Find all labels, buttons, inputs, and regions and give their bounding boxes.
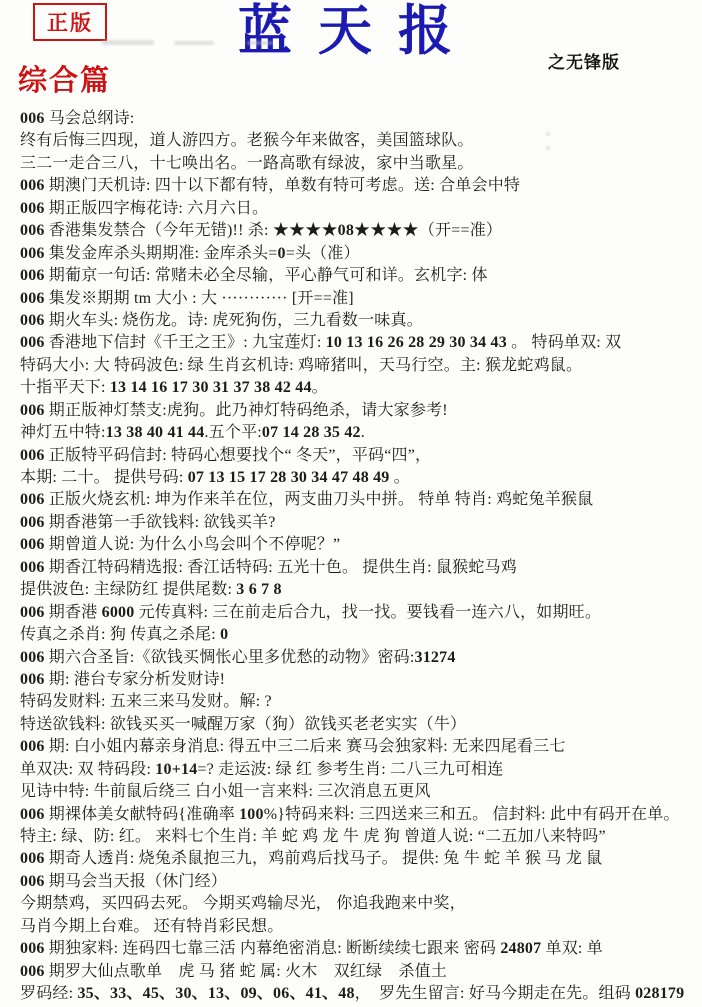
- text-line: 006 期: 白小姐内幕亲身消息: 得五中三二后来 赛马会独家料: 无来四尾看三…: [20, 736, 698, 758]
- genuine-stamp-label: 正版: [47, 7, 93, 37]
- text-line: 006 期香港 6000 元传真料: 三在前走后合九，找一找。要钱看一连六八，如…: [20, 602, 698, 624]
- text-line: 006 期正版神灯禁支:虎狗。此乃神灯特码绝杀，请大家参考!: [20, 400, 698, 422]
- section-title: 综合篇: [18, 58, 111, 99]
- text-line: 特码发财料: 五来三来马发财。解: ?: [20, 691, 698, 713]
- text-line: 特主: 绿、防: 红。 来料七个生肖: 羊 蛇 鸡 龙 牛 虎 狗 曾道人说: …: [20, 826, 698, 848]
- text-line: 006 香港集发禁合（今年无错)!! 杀: ★★★★08★★★★（开==准）: [20, 220, 698, 242]
- text-line: 006 期: 港台专家分析发财诗!: [20, 669, 698, 691]
- text-line: 006 集发※期期 tm 大小 : 大 ············ [开==准]: [20, 288, 698, 310]
- text-line: 006 集发金库杀头期期准: 金库杀头=0=头（准）: [20, 243, 698, 265]
- text-line: 006 期正版四字梅花诗: 六月六日。: [20, 198, 698, 220]
- text-line: 提供波色: 主绿防红 提供尾数: 3 6 7 8: [20, 579, 698, 601]
- content-lines: 006 马会总纲诗:终有后悔三四现，道人游四方。老猴今年来做客，美国篮球队。三二…: [20, 108, 698, 1006]
- text-line: 本期: 二十。 提供号码: 07 13 15 17 28 30 34 47 48…: [20, 467, 698, 489]
- text-line: 006 期葡京一句话: 常赌未必全尽输，平心静气可和详。玄机字: 体: [20, 265, 698, 287]
- text-line: 006 期裸体美女献特码{准确率 100%}特码来料: 三四送来三和五。 信封料…: [20, 804, 698, 826]
- text-line: 特送欲钱料: 欲钱买买一喊醒万家（狗）欲钱买老老实实（牛）: [20, 714, 698, 736]
- text-line: 006 正版特平码信封: 特码心想要找个“ 冬天”，平码“四”，: [20, 445, 698, 467]
- text-line: 006 正版火烧玄机: 坤为作来羊在位，两支曲刀头中拼。 特单 特肖: 鸡蛇兔羊…: [20, 489, 698, 511]
- newspaper-page: 正版 蓝天报 之无锋版 综合篇 006 马会总纲诗:终有后悔三四现，道人游四方。…: [0, 0, 702, 1007]
- text-line: 见诗中特: 牛前鼠后绕三 白小姐一言来料: 三次消息五更风: [20, 781, 698, 803]
- text-line: 传真之杀肖: 狗 传真之杀尾: 0: [20, 624, 698, 646]
- text-line: 单双决: 双 特码段: 10+14=? 走运波: 绿 红 参考生肖: 二八三九可…: [20, 759, 698, 781]
- text-line: 006 期香港第一手欲钱料: 欲钱买羊?: [20, 512, 698, 534]
- text-line: 今期禁鸡，买四码去死。 今期买鸡输尽光， 你追我跑来中奖，: [20, 893, 698, 915]
- scan-artifact: [174, 41, 214, 45]
- scan-artifact: [102, 40, 154, 45]
- text-line: 006 香港地下信封《千王之王》: 九宝莲灯: 10 13 16 26 28 2…: [20, 332, 698, 354]
- text-line: 终有后悔三四现，道人游四方。老猴今年来做客，美国篮球队。: [20, 130, 698, 152]
- text-line: 006 期罗大仙点歌单 虎 马 猪 蛇 属: 火木 双红绿 杀值土: [20, 961, 698, 983]
- edition-label: 之无锋版: [548, 48, 620, 73]
- text-line: 神灯五中特:13 38 40 41 44.五个平:07 14 28 35 42.: [20, 422, 698, 444]
- text-line: 三二一走合三八，十七唤出名。一路高歌有绿波，家中当歌星。: [20, 153, 698, 175]
- scan-artifact: [247, 41, 273, 45]
- text-line: 罗码经: 35、33、45、30、13、09、06、41、48， 罗先生留言: …: [20, 983, 698, 1005]
- text-line: 006 期奇人透肖: 烧兔杀鼠抱三九，鸡前鸡后找马子。 提供: 兔 牛 蛇 羊 …: [20, 848, 698, 870]
- text-line: 006 期香江特码精选报: 香江话特码: 五光十色。 提供生肖: 鼠猴蛇马鸡: [20, 557, 698, 579]
- text-line: 006 期马会当天报（休门经）: [20, 871, 698, 893]
- text-line: 马肖今期上台难。 还有特肖彩民想。: [20, 916, 698, 938]
- text-line: 006 期火车头: 烧伤龙。诗: 虎死狗伤，三九看数一味真。: [20, 310, 698, 332]
- text-line: 006 马会总纲诗:: [20, 108, 698, 130]
- text-line: 006 期曾道人说: 为什么小鸟会叫个不停呢？”: [20, 534, 698, 556]
- text-line: 特码大小: 大 特码波色: 绿 生肖玄机诗: 鸡啼猪叫，天马行空。主: 猴龙蛇鸡…: [20, 355, 698, 377]
- genuine-stamp-box: 正版: [33, 3, 107, 41]
- text-line: 006 期独家料: 连码四七靠三活 内幕绝密消息: 断断续续七跟来 密码 248…: [20, 938, 698, 960]
- text-line: 006 期澳门天机诗: 四十以下都有特，单数有特可考虑。送: 合单会中特: [20, 175, 698, 197]
- text-line: 006 期六合圣旨:《欲钱买惆怅心里多优愁的动物》密码:31274: [20, 647, 698, 669]
- text-line: 十指平天下: 13 14 16 17 30 31 37 38 42 44。: [20, 377, 698, 399]
- page-title: 蓝天报: [238, 0, 478, 65]
